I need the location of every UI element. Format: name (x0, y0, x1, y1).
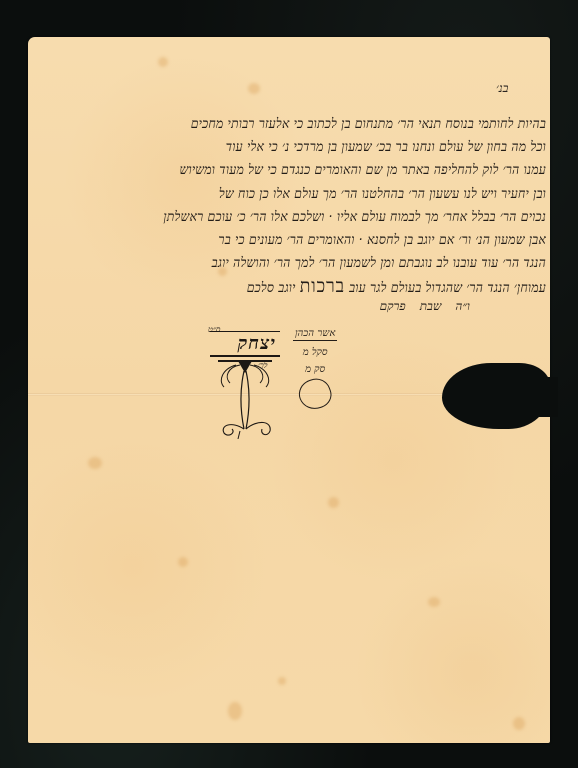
signature-line: סק מ (293, 364, 337, 375)
signature-line: סקל מ (293, 347, 337, 358)
torn-hole-edge (508, 377, 558, 417)
stain (328, 497, 339, 508)
text-line: נכוים הר׳ בבלל אחר׳ מך לבמוח עולם אליו ·… (141, 206, 546, 229)
signature-loop-icon (295, 374, 335, 413)
signature-yitzhak: יצחק ס״ט לר׳ (210, 331, 280, 439)
text-line: הנגד הר׳ עוד עובנו לב נוגבתם ומן לשמעון … (141, 252, 546, 275)
letter-body: בהיות לחותמי בנוסח תנאי הר׳ מתנחום בן לכ… (106, 113, 546, 299)
blessing-prefix: עמוחן׳ הנגד הר׳ שהגדול בעולם לגר עוב (349, 280, 546, 296)
letter-page: בנ׳ בהיות לחותמי בנוסח תנאי הר׳ מתנחום ב… (28, 37, 550, 743)
folio-mark: בנ׳ (496, 81, 508, 96)
signature-name: אשר הכהן (293, 328, 337, 341)
closing-word-right: ו״ה (455, 299, 470, 314)
stain (248, 83, 260, 94)
stain (178, 557, 188, 567)
signature-annotation: לר׳ (258, 361, 268, 370)
closing-line: ו״ה שבת פרקם (380, 299, 470, 314)
text-line: אבן שמעון הנ׳ ור׳ אם יוגב בן לחסנא · והא… (141, 229, 546, 252)
blessing-emphasis: ברכות (300, 275, 345, 297)
stain (88, 457, 102, 469)
text-line: וכל מה בחון של עולם ונחנו בר בכ׳ שמעון ב… (141, 136, 546, 159)
stain (228, 702, 242, 720)
signature-asher-hakohen: אשר הכהן סקל מ סק מ (293, 328, 337, 409)
text-line: ובן יחעיר ויש לנו עשעון הר׳ בהחלטנו הר׳ … (141, 183, 546, 206)
stain (278, 677, 286, 685)
text-line: בהיות לחותמי בנוסח תנאי הר׳ מתנחום בן לכ… (141, 113, 546, 136)
stain (513, 717, 525, 730)
closing-word-left: פרקם (380, 299, 406, 314)
signature-annotation: ס״ט (208, 325, 220, 334)
text-line: עמנו הר׳ לוק להחליפה באתר מן שם והאומרים… (141, 159, 546, 182)
blessing-suffix: יוגב סלכם (247, 280, 296, 296)
closing-word-middle: שבת (420, 299, 442, 314)
stain (428, 597, 440, 607)
text-line-blessing: עמוחן׳ הנגד הר׳ שהגדול בעולם לגר עוב ברכ… (141, 275, 546, 298)
signature-name: יצחק (210, 331, 280, 357)
signature-flourish-icon (210, 359, 280, 439)
stain (158, 57, 168, 67)
